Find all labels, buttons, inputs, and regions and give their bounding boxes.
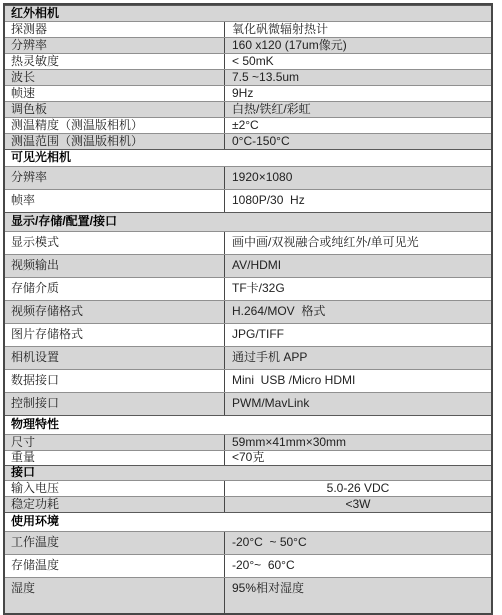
spec-row: 调色板白热/铁红/彩虹 [5, 101, 491, 117]
spec-row: 探测器氧化矾微辐射热计 [5, 21, 491, 37]
spec-row: 测温范围（测温版相机）0°C-150°C [5, 133, 491, 149]
spec-row: 数据接口Mini USB /Micro HDMI [5, 369, 491, 392]
spec-row: 分辨率160 x120 (17um像元) [5, 37, 491, 53]
spec-value: H.264/MOV 格式 [224, 301, 491, 323]
spec-label: 显示模式 [5, 232, 224, 254]
spec-row: 测温精度（测温版相机）±2°C [5, 117, 491, 133]
spec-row: 尺寸59mm×41mm×30mm [5, 434, 491, 450]
spec-row: 稳定功耗<3W [5, 496, 491, 512]
spec-value: 画中画/双视融合或纯红外/单可见光 [224, 232, 491, 254]
section-header-row: 红外相机 [5, 5, 491, 21]
spec-row: 存储温度-20°~ 60°C [5, 554, 491, 577]
spec-row: 存储介质TF卡/32G [5, 277, 491, 300]
spec-row: 帧速9Hz [5, 85, 491, 101]
spec-label: 帧速 [5, 86, 224, 101]
spec-value: 9Hz [224, 86, 491, 101]
spec-value: 白热/铁红/彩虹 [224, 102, 491, 117]
section-header-row: 可见光相机 [5, 149, 491, 166]
spec-label: 重量 [5, 451, 224, 465]
spec-value: 氧化矾微辐射热计 [224, 22, 491, 37]
spec-value: 0°C-150°C [224, 134, 491, 149]
spec-row: 热灵敏度< 50mK [5, 53, 491, 69]
spec-value: PWM/MavLink [224, 393, 491, 415]
spec-row: 图片存储格式JPG/TIFF [5, 323, 491, 346]
spec-value: 通过手机 APP [224, 347, 491, 369]
spec-label: 测温精度（测温版相机） [5, 118, 224, 133]
spec-value: 7.5 ~13.5um [224, 70, 491, 85]
spec-label: 图片存储格式 [5, 324, 224, 346]
section-title: 红外相机 [5, 6, 491, 21]
spec-value: < 50mK [224, 54, 491, 69]
spec-value: 95%相对湿度 [224, 578, 491, 613]
spec-row: 视频存储格式H.264/MOV 格式 [5, 300, 491, 323]
spec-label: 湿度 [5, 578, 224, 613]
spec-label: 稳定功耗 [5, 497, 224, 512]
spec-value: AV/HDMI [224, 255, 491, 277]
spec-value: 1080P/30 Hz [224, 190, 491, 212]
spec-value: 1920×1080 [224, 167, 491, 189]
spec-value: TF卡/32G [224, 278, 491, 300]
spec-label: 调色板 [5, 102, 224, 117]
section-title: 可见光相机 [5, 150, 491, 166]
spec-label: 视频存储格式 [5, 301, 224, 323]
spec-label: 存储介质 [5, 278, 224, 300]
spec-label: 帧率 [5, 190, 224, 212]
spec-table: 红外相机探测器氧化矾微辐射热计分辨率160 x120 (17um像元)热灵敏度<… [3, 3, 493, 614]
spec-row: 输入电压5.0-26 VDC [5, 480, 491, 496]
spec-label: 输入电压 [5, 481, 224, 496]
spec-label: 视频输出 [5, 255, 224, 277]
spec-label: 探测器 [5, 22, 224, 37]
spec-label: 数据接口 [5, 370, 224, 392]
spec-row: 波长7.5 ~13.5um [5, 69, 491, 85]
spec-label: 尺寸 [5, 435, 224, 450]
spec-label: 存储温度 [5, 555, 224, 577]
spec-value: ±2°C [224, 118, 491, 133]
section-title: 使用环境 [5, 513, 491, 531]
spec-value: 160 x120 (17um像元) [224, 38, 491, 53]
spec-label: 测温范围（测温版相机） [5, 134, 224, 149]
spec-row: 控制接口PWM/MavLink [5, 392, 491, 415]
spec-value: -20°C ~ 50°C [224, 532, 491, 554]
section-header-row: 显示/存储/配置/接口 [5, 212, 491, 231]
spec-value: 59mm×41mm×30mm [224, 435, 491, 450]
spec-row: 视频输出AV/HDMI [5, 254, 491, 277]
spec-label: 波长 [5, 70, 224, 85]
section-title: 接口 [5, 466, 491, 480]
spec-value: <70克 [224, 451, 491, 465]
spec-label: 相机设置 [5, 347, 224, 369]
spec-value: JPG/TIFF [224, 324, 491, 346]
spec-row: 帧率1080P/30 Hz [5, 189, 491, 212]
spec-value: 5.0-26 VDC [224, 481, 491, 496]
spec-row: 湿度95%相对湿度 [5, 577, 491, 613]
spec-row: 工作温度-20°C ~ 50°C [5, 531, 491, 554]
section-header-row: 接口 [5, 465, 491, 480]
section-title: 物理特性 [5, 416, 491, 434]
spec-value: Mini USB /Micro HDMI [224, 370, 491, 392]
spec-label: 分辨率 [5, 38, 224, 53]
section-header-row: 物理特性 [5, 415, 491, 434]
spec-label: 热灵敏度 [5, 54, 224, 69]
spec-label: 分辨率 [5, 167, 224, 189]
spec-label: 控制接口 [5, 393, 224, 415]
spec-row: 显示模式画中画/双视融合或纯红外/单可见光 [5, 231, 491, 254]
spec-label: 工作温度 [5, 532, 224, 554]
spec-row: 相机设置通过手机 APP [5, 346, 491, 369]
spec-value: <3W [224, 497, 491, 512]
section-header-row: 使用环境 [5, 512, 491, 531]
section-title: 显示/存储/配置/接口 [5, 213, 491, 231]
spec-row: 分辨率1920×1080 [5, 166, 491, 189]
spec-value: -20°~ 60°C [224, 555, 491, 577]
spec-row: 重量<70克 [5, 450, 491, 465]
